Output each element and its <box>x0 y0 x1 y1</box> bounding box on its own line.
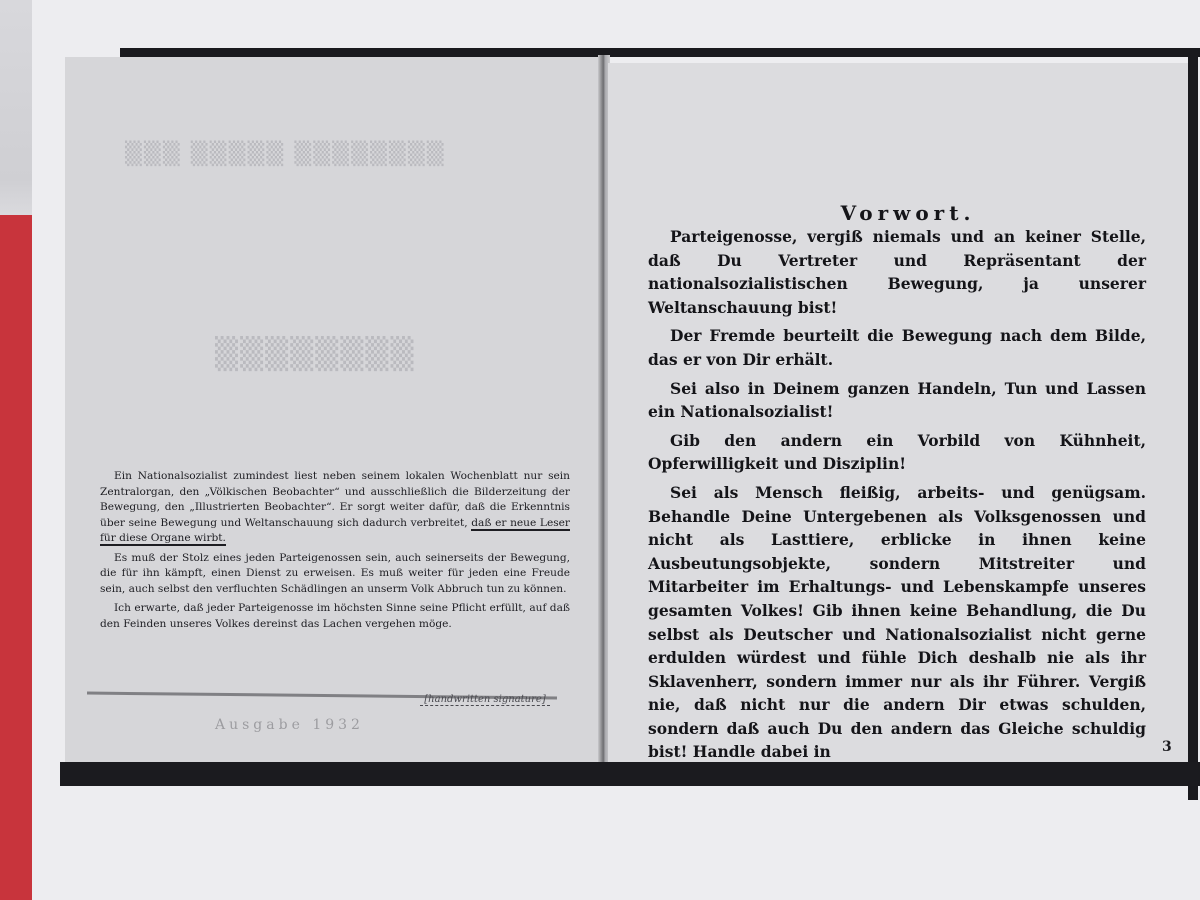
top-border <box>120 48 1200 57</box>
show-through-text: ▒▒▒ ▒▒▒▒▒ ▒▒▒▒▒▒▒▒ <box>125 142 446 167</box>
page-number: 3 <box>1162 739 1172 755</box>
signature-placeholder: [handwritten signature] <box>420 675 550 706</box>
show-through-text: ▒▒▒▒▒▒▒▒ <box>215 337 416 372</box>
edition-show-through: Ausgabe 1932 <box>215 717 364 733</box>
left-page: ▒▒▒ ▒▒▒▒▒ ▒▒▒▒▒▒▒▒ ▒▒▒▒▒▒▒▒ Ein National… <box>65 57 603 762</box>
right-paragraph-5: Sei als Mensch fleißig, arbeits- und gen… <box>648 481 1146 762</box>
left-paragraph-3: Ich erwarte, daß jeder Parteigenosse im … <box>100 601 570 632</box>
booklet-spread: ▒▒▒ ▒▒▒▒▒ ▒▒▒▒▒▒▒▒ ▒▒▒▒▒▒▒▒ Ein National… <box>60 45 1200 805</box>
left-paragraph-2: Es muß der Stolz eines jeden Parteigenos… <box>100 551 570 598</box>
right-paragraph-4: Gib den andern ein Vorbild von Kühnheit,… <box>648 429 1146 476</box>
right-page: Vorwort. Parteigenosse, vergiß niemals u… <box>608 63 1188 762</box>
right-paragraph-3: Sei also in Deinem ganzen Handeln, Tun u… <box>648 377 1146 424</box>
page-title: Vorwort. <box>758 201 1058 225</box>
bottom-border <box>60 762 1200 786</box>
right-paragraph-2: Der Fremde beurteilt die Bewegung nach d… <box>648 324 1146 371</box>
right-paragraph-1: Parteigenosse, vergiß niemals und an kei… <box>648 225 1146 319</box>
right-text-block: Parteigenosse, vergiß niemals und an kei… <box>648 225 1146 762</box>
left-text-block: Ein Nationalsozialist zumindest liest ne… <box>100 469 570 636</box>
right-border <box>1188 48 1198 800</box>
left-paragraph-1: Ein Nationalsozialist zumindest liest ne… <box>100 469 570 547</box>
